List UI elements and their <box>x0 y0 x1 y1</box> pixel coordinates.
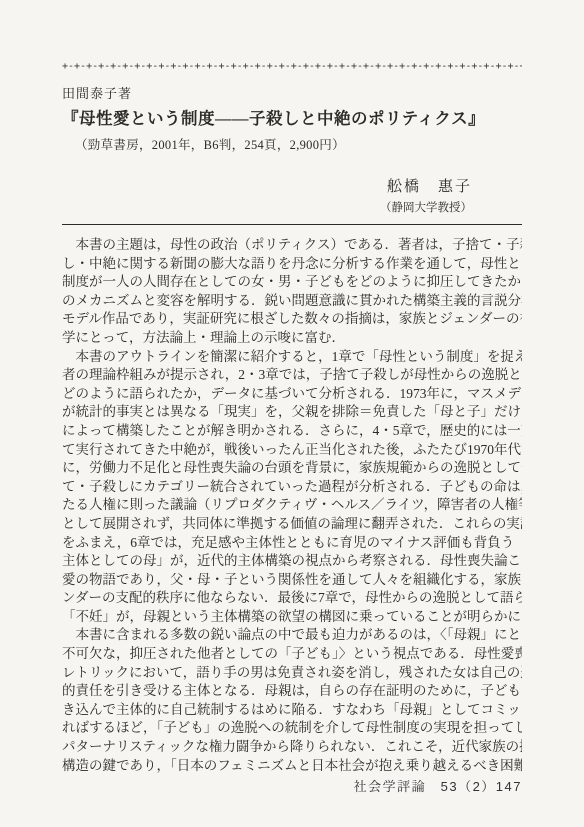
body-line: し・中絶に関する新聞の膨大な語りを丹念に分析する作業を通して，母性という <box>62 255 522 274</box>
body-line: 不可欠な，抑圧された他者としての「子ども」〉という視点である．母性愛喪失の <box>62 645 522 664</box>
body-line: 制度が一人の人間存在としての女・男・子どもをどのように抑圧してきたか，そ <box>62 273 522 292</box>
body-line: に，労働力不足化と母性喪失論の台頭を背景に，家族規範からの逸脱として子捨 <box>62 459 522 478</box>
reviewer-name: 舩橋 惠子 <box>62 175 472 196</box>
publication-info: （勁草書房，2001年，B6判，254頁，2,900円） <box>62 135 522 153</box>
body-line: をふまえ，6章では，充足感や主体性とともに育児のマイナス評価も背負う「責任 <box>62 534 522 553</box>
body-line: 本書のアウトラインを簡潔に紹介すると，1章で「母性という制度」を捉える著 <box>62 348 522 367</box>
body-line: 本書に含まれる多数の鋭い論点の中で最も迫力があるのは，〈「母親」にとって <box>62 626 522 645</box>
body-line: て実行されてきた中絶が，戦後いったん正当化された後，ふたたび1970年代前半 <box>62 441 522 460</box>
body-line: 者の理論枠組みが提示され，2・3章では，子捨て子殺しが母性からの逸脱として <box>62 366 522 385</box>
journal-page: +-+-+-+-+-+-+-+-+-+-+-+-+-+-+-+-+-+-+-+-… <box>0 0 584 827</box>
body-line: たる人権に則った議論（リプロダクティヴ・ヘルス／ライツ，障害者の人権等） <box>62 496 522 515</box>
body-line: として展開されず，共同体に準拠する価値の論理に翻弄された．これらの実証研究 <box>62 515 522 534</box>
body-line: ンダーの支配的秩序に他ならない．最後に7章で，母性からの逸脱として語られる <box>62 589 522 608</box>
divider-rule <box>62 224 522 225</box>
body-line: 主体としての母」が，近代的主体構築の視点から考察される．母性喪失論こそ母性 <box>62 552 522 571</box>
reviewer-block: 舩橋 惠子 （静岡大学教授） <box>62 175 522 215</box>
body-line: 愛の物語であり，父・母・子という関係性を通して人々を組織化する，家族とジェ <box>62 571 522 590</box>
decorative-border: +-+-+-+-+-+-+-+-+-+-+-+-+-+-+-+-+-+-+-+-… <box>62 60 522 74</box>
body-line: が統計的事実とは異なる「現実」を，父親を排除＝免責した「母と子」だけの物語 <box>62 403 522 422</box>
body-line: レトリックにおいて，語り手の男は免責され姿を消し，残された女は自己の道徳 <box>62 664 522 683</box>
body-line: ればするほど，「子ども」の逸脱への統制を介して母性制度の実現を担ってしまい， <box>62 719 522 738</box>
body-line: 構造の鍵であり，「日本のフェミニズムと日本社会が抱え乗り越えるべき困難」（6 <box>62 757 522 776</box>
journal-footer: 社会学評論 53（2）147 <box>354 776 522 795</box>
body-line: 学にとって，方法論上・理論上の示唆に富む． <box>62 329 522 348</box>
reviewer-affiliation: （静岡大学教授） <box>62 199 472 215</box>
body-line: き込んで主体的に自己統制するはめに陥る．すなわち「母親」としてコミットす <box>62 701 522 720</box>
book-author: 田間泰子著 <box>62 83 522 102</box>
body-line: のメカニズムと変容を解明する．鋭い問題意識に貫かれた構築主義的言説分析の <box>62 292 522 311</box>
body-line: パターナリスティックな権力闘争から降りられない．これこそ，近代家族の抑圧 <box>62 738 522 757</box>
body-line: て・子殺しにカテゴリー統合されていった過程が分析される．子どもの命は，確固 <box>62 478 522 497</box>
review-body: 本書の主題は，母性の政治（ポリティクス）である．著者は，子捨て・子殺し・中絶に関… <box>62 236 522 775</box>
body-line: モデル作品であり，実証研究に根ざした数々の指摘は，家族とジェンダーの社会 <box>62 310 522 329</box>
body-line: 的責任を引き受ける主体となる．母親は，自らの存在証明のために，子どもを巻 <box>62 682 522 701</box>
body-line: によって構築したことが解き明かされる．さらに，4・5章で，歴史的には一貫し <box>62 422 522 441</box>
body-line: どのように語られたか，データに基づいて分析される．1973年に，マスメディア <box>62 385 522 404</box>
body-line: 「不妊」が，母親という主体構築の欲望の構図に乗っていることが明らかにされる． <box>62 608 522 627</box>
book-title: 『母性愛という制度――子殺しと中絶のポリティクス』 <box>62 108 522 130</box>
body-line: 本書の主題は，母性の政治（ポリティクス）である．著者は，子捨て・子殺 <box>62 236 522 255</box>
